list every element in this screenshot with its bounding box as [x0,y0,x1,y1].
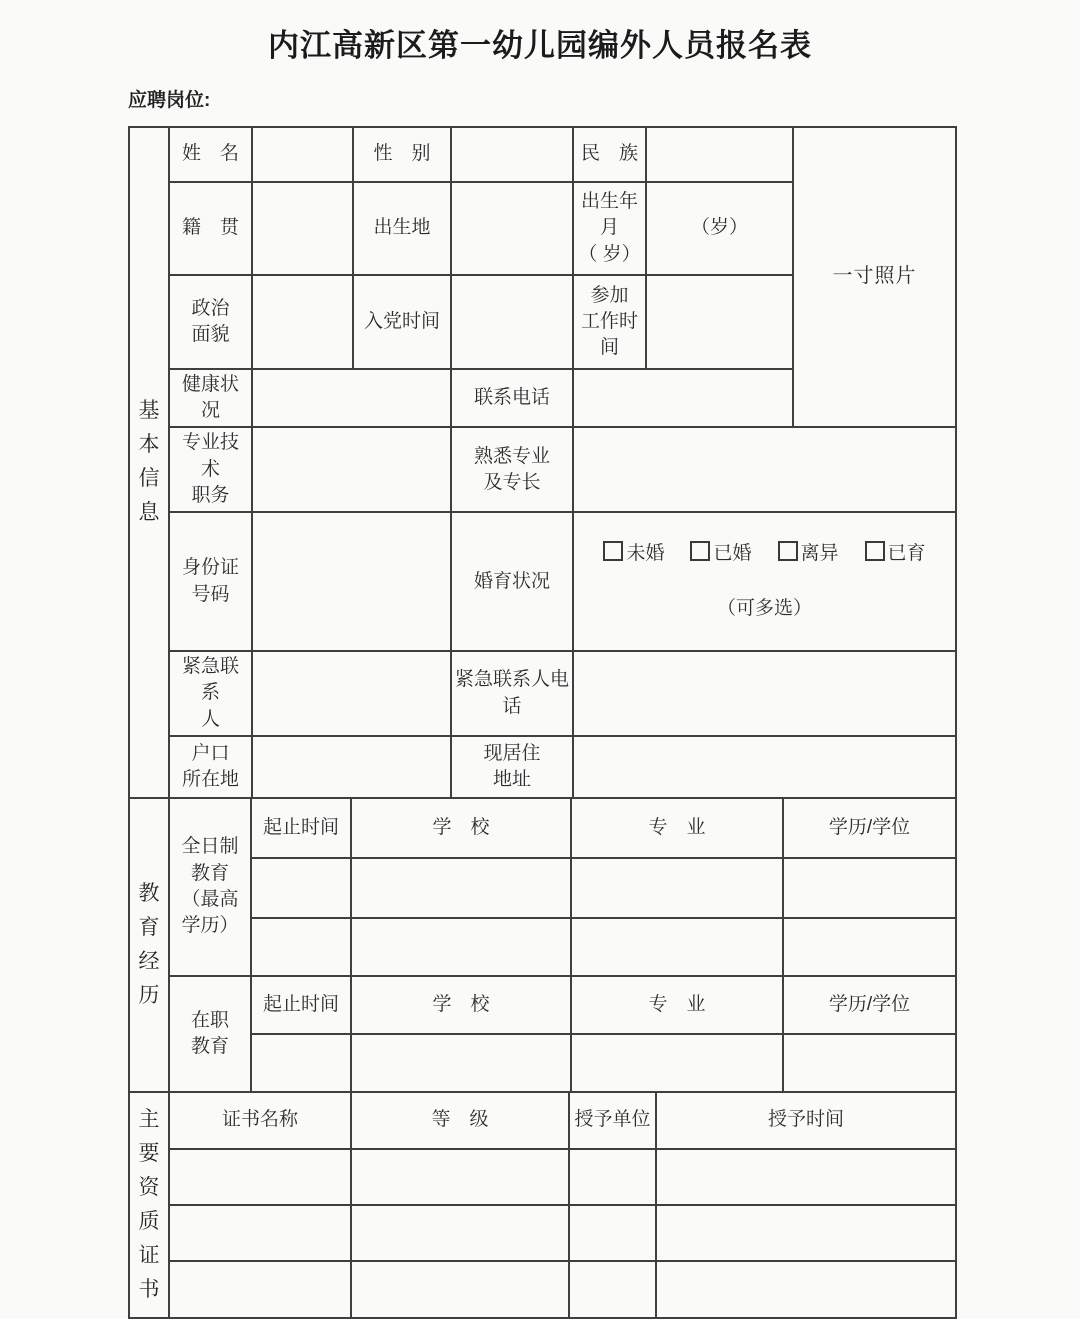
name-label: 姓 名 [169,127,252,182]
basic-info-table: 基 本 信 息 姓 名 性 别 民 族 一寸照片 籍 贯 出生地 出生年 月 （… [128,126,957,799]
cert-row1-date-field[interactable] [656,1149,956,1205]
cert-col-issuer: 授予单位 [569,1092,656,1149]
ethnicity-label: 民 族 [573,127,646,182]
emergency-contact-field[interactable] [252,651,451,736]
checkbox-icon [690,541,710,561]
marital-note: （可多选） [577,596,952,622]
cert-row3-date-field[interactable] [656,1261,956,1318]
edu-col-period: 起止时间 [251,798,351,858]
cert-row3-level-field[interactable] [351,1261,569,1318]
fulltime-row2-school-field[interactable] [351,918,571,976]
id-number-label: 身份证 号码 [169,512,252,651]
certificates-table: 主 要 资 质 证 书 证书名称 等 级 授予单位 授予时间 [128,1091,957,1319]
edu-col-school: 学 校 [351,798,571,858]
edu-col-major: 专 业 [571,798,783,858]
name-field[interactable] [252,127,353,182]
cert-row1-name-field[interactable] [169,1149,351,1205]
edu-col-degree: 学历/学位 [783,976,956,1034]
section-title-basic-info: 基 本 信 息 [129,127,169,798]
edu-col-period: 起止时间 [251,976,351,1034]
inservice-row1-school-field[interactable] [351,1034,571,1092]
household-location-label: 户口 所在地 [169,736,252,798]
edu-col-school: 学 校 [351,976,571,1034]
checkbox-married-label: 已婚 [713,543,751,564]
household-location-field[interactable] [252,736,451,798]
checkbox-icon [778,541,798,561]
page-title: 内江高新区第一幼儿园编外人员报名表 [0,0,1080,65]
fulltime-row1-degree-field[interactable] [783,858,956,918]
cert-col-name: 证书名称 [169,1092,351,1149]
work-start-time-field[interactable] [646,275,793,369]
birth-date-label: 出生年 月 （ 岁） [573,182,646,275]
edu-col-degree: 学历/学位 [783,798,956,858]
cert-row2-level-field[interactable] [351,1205,569,1261]
tech-title-field[interactable] [252,427,451,512]
emergency-phone-label: 紧急联系人电 话 [451,651,573,736]
id-number-field[interactable] [252,512,451,651]
work-start-time-label: 参加 工作时 间 [573,275,646,369]
phone-field[interactable] [573,369,793,427]
fulltime-row1-period-field[interactable] [251,858,351,918]
checkbox-icon [865,541,885,561]
marital-status-field: 未婚已婚离异已育 （可多选） [573,512,956,651]
native-place-label: 籍 贯 [169,182,252,275]
fulltime-row2-major-field[interactable] [571,918,783,976]
current-address-field[interactable] [573,736,956,798]
checkbox-has-children-label: 已育 [888,543,926,564]
fulltime-row2-period-field[interactable] [251,918,351,976]
health-field[interactable] [252,369,451,427]
birth-date-field[interactable]: （岁） [646,182,793,275]
cert-row3-issuer-field[interactable] [569,1261,656,1318]
ethnicity-field[interactable] [646,127,793,182]
inservice-row1-period-field[interactable] [251,1034,351,1092]
cert-row2-date-field[interactable] [656,1205,956,1261]
inservice-education-label: 在职 教育 [169,976,251,1092]
cert-row2-name-field[interactable] [169,1205,351,1261]
party-join-time-field[interactable] [451,275,573,369]
checkbox-unmarried[interactable]: 未婚 [603,541,664,567]
phone-label: 联系电话 [451,369,573,427]
cert-col-level: 等 级 [351,1092,569,1149]
birthplace-label: 出生地 [353,182,451,275]
fulltime-row1-school-field[interactable] [351,858,571,918]
emergency-contact-label: 紧急联系 人 [169,651,252,736]
checkbox-divorced-label: 离异 [801,543,839,564]
checkbox-divorced[interactable]: 离异 [778,541,839,567]
inservice-row1-degree-field[interactable] [783,1034,956,1092]
cert-col-date: 授予时间 [656,1092,956,1149]
fulltime-row2-degree-field[interactable] [783,918,956,976]
cert-row2-issuer-field[interactable] [569,1205,656,1261]
specialty-label: 熟悉专业 及专长 [451,427,573,512]
marital-status-label: 婚育状况 [451,512,573,651]
checkbox-married[interactable]: 已婚 [690,541,751,567]
section-title-certificates: 主 要 资 质 证 书 [129,1092,169,1318]
position-applied-label: 应聘岗位: [128,85,1080,112]
checkbox-icon [603,541,623,561]
gender-field[interactable] [451,127,573,182]
political-status-field[interactable] [252,275,353,369]
education-table: 教 育 经 历 全日制 教育 （最高 学历） 起止时间 学 校 专 业 学历/学… [128,797,957,1093]
photo-placeholder: 一寸照片 [793,127,956,427]
cert-row1-issuer-field[interactable] [569,1149,656,1205]
edu-col-major: 专 业 [571,976,783,1034]
birthplace-field[interactable] [451,182,573,275]
tech-title-label: 专业技术 职务 [169,427,252,512]
current-address-label: 现居住 地址 [451,736,573,798]
party-join-time-label: 入党时间 [353,275,451,369]
cert-row1-level-field[interactable] [351,1149,569,1205]
political-status-label: 政治 面貌 [169,275,252,369]
inservice-row1-major-field[interactable] [571,1034,783,1092]
fulltime-education-label: 全日制 教育 （最高 学历） [169,798,251,976]
fulltime-row1-major-field[interactable] [571,858,783,918]
native-place-field[interactable] [252,182,353,275]
gender-label: 性 别 [353,127,451,182]
section-title-education: 教 育 经 历 [129,798,169,1092]
health-label: 健康状况 [169,369,252,427]
specialty-field[interactable] [573,427,956,512]
checkbox-has-children[interactable]: 已育 [865,541,926,567]
cert-row3-name-field[interactable] [169,1261,351,1318]
checkbox-unmarried-label: 未婚 [626,543,664,564]
marital-options-row: 未婚已婚离异已育 [577,541,952,567]
emergency-phone-field[interactable] [573,651,956,736]
